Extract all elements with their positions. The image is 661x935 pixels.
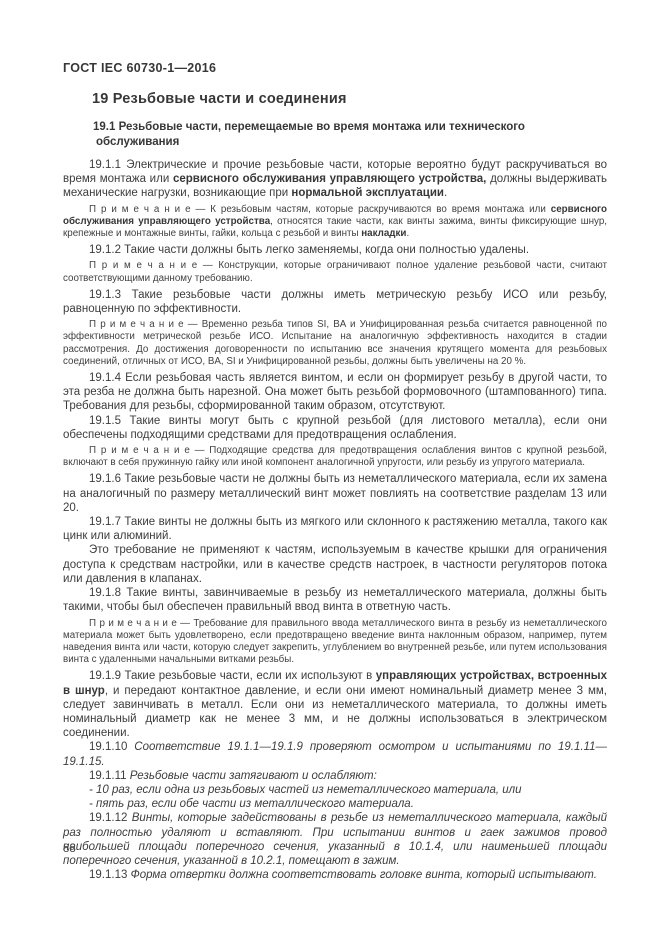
clause-19-1-7-continuation: Это требование не применяют к частям, ис…: [63, 543, 607, 586]
text-run: 19.1.3 Такие резьбовые части должны имет…: [63, 289, 607, 315]
note-clause-19-1-3: П р и м е ч а н и е — Временно резьба ти…: [63, 319, 607, 368]
clause-19-1-9: 19.1.9 Такие резьбовые части, если их ис…: [63, 669, 607, 740]
text-run: 19.1.4 Если резьбовая часть является вин…: [63, 372, 607, 412]
list-item-10-times: - 10 раз, если одна из резьбовых частей …: [63, 783, 607, 797]
clause-19-1-6: 19.1.6 Такие резьбовые части не должны б…: [63, 472, 607, 515]
text-run-italic: Форма отвертки должна соответствовать го…: [131, 869, 597, 881]
text-run: 19.1.7 Такие винты не должны быть из мяг…: [63, 516, 607, 542]
subsection-title: 19.1 Резьбовые части, перемещаемые во вр…: [93, 120, 607, 150]
document-page: ГОСТ IEC 60730-1—2016 19 Резьбовые части…: [0, 0, 661, 935]
text-run: , и передают контактное давление, и если…: [63, 685, 607, 740]
note-clause-19-1-8: П р и м е ч а н и е — Требование для пра…: [63, 618, 607, 667]
subsection-title-line2: обслуживания: [93, 135, 607, 150]
clause-19-1-2: 19.1.2 Такие части должны быть легко зам…: [63, 243, 607, 257]
text-run: 19.1.10: [89, 741, 134, 753]
text-run: .: [444, 187, 447, 199]
text-run-bold: нормальной эксплуатации: [291, 187, 444, 199]
text-run-italic: Соответствие 19.1.1—19.1.9 проверяют осм…: [63, 741, 607, 767]
clause-19-1-4: 19.1.4 Если резьбовая часть является вин…: [63, 371, 607, 414]
page-number: 88: [63, 843, 76, 855]
subsection-title-line1: 19.1 Резьбовые части, перемещаемые во вр…: [93, 120, 607, 135]
text-run-italic: - пять раз, если обе части из металличес…: [89, 798, 414, 810]
text-run-italic: Винты, которые задействованы в резьбе из…: [63, 812, 607, 867]
clause-19-1-1: 19.1.1 Электрические и прочие резьбовые …: [63, 158, 607, 201]
text-run: 19.1.12: [89, 812, 132, 824]
document-header: ГОСТ IEC 60730-1—2016: [63, 62, 607, 75]
text-run: П р и м е ч а н и е — Требование для пра…: [63, 618, 607, 666]
text-run: 19.1.2 Такие части должны быть легко зам…: [89, 244, 529, 256]
clause-19-1-13: 19.1.13 Форма отвертки должна соответств…: [63, 868, 607, 882]
clause-19-1-10: 19.1.10 Соответствие 19.1.1—19.1.9 прове…: [63, 740, 607, 768]
clause-19-1-7: 19.1.7 Такие винты не должны быть из мяг…: [63, 515, 607, 543]
text-run: .: [406, 228, 409, 239]
text-run-bold: накладки: [361, 228, 406, 239]
text-run: 19.1.8 Такие винты, завинчиваемые в резь…: [63, 587, 607, 613]
text-run: П р и м е ч а н и е — Конструкции, котор…: [63, 260, 607, 283]
text-run: П р и м е ч а н и е — Подходящие средств…: [63, 445, 607, 468]
text-run: П р и м е ч а н и е — К резьбовым частям…: [89, 204, 551, 215]
text-run: 19.1.5 Такие винты могут быть с крупной …: [63, 415, 607, 441]
text-run: 19.1.11: [89, 770, 130, 782]
clause-19-1-8: 19.1.8 Такие винты, завинчиваемые в резь…: [63, 586, 607, 614]
document-body: 19.1.1 Электрические и прочие резьбовые …: [63, 158, 607, 882]
text-run-italic: Резьбовые части затягивают и ослабляют:: [130, 770, 377, 782]
text-run: 19.1.9 Такие резьбовые части, если их ис…: [89, 670, 376, 682]
text-run: 19.1.6 Такие резьбовые части не должны б…: [63, 473, 607, 513]
text-run: 19.1.13: [89, 869, 131, 881]
clause-19-1-5: 19.1.5 Такие винты могут быть с крупной …: [63, 414, 607, 442]
list-item-5-times: - пять раз, если обе части из металличес…: [63, 797, 607, 811]
clause-19-1-11: 19.1.11 Резьбовые части затягивают и осл…: [63, 769, 607, 783]
note-clause-19-1-5: П р и м е ч а н и е — Подходящие средств…: [63, 445, 607, 469]
text-run: П р и м е ч а н и е — Временно резьба ти…: [63, 319, 607, 367]
text-run: Это требование не применяют к частям, ис…: [63, 544, 607, 584]
clause-19-1-12: 19.1.12 Винты, которые задействованы в р…: [63, 811, 607, 868]
note-clause-19-1-2: П р и м е ч а н и е — Конструкции, котор…: [63, 260, 607, 284]
text-run-italic: - 10 раз, если одна из резьбовых частей …: [89, 784, 522, 796]
note-clause-19-1-1: П р и м е ч а н и е — К резьбовым частям…: [63, 204, 607, 241]
clause-19-1-3: 19.1.3 Такие резьбовые части должны имет…: [63, 288, 607, 316]
text-run-bold: сервисного обслуживания управляющего уст…: [173, 173, 486, 185]
section-title: 19 Резьбовые части и соединения: [92, 91, 607, 107]
